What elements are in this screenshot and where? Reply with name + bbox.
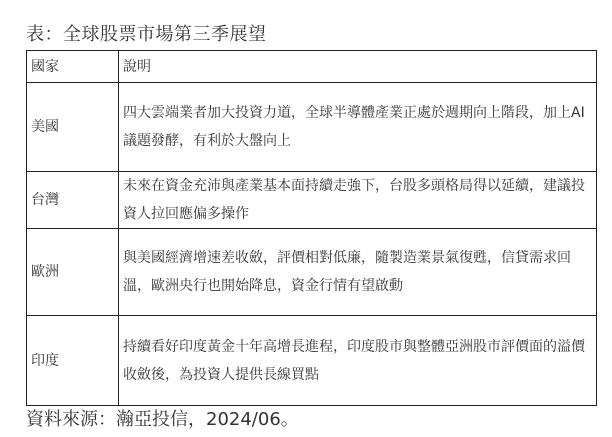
description-cell: 持續看好印度黃金十年高增長進程，印度股市與整體亞洲股市評價面的溢價收斂後，為投資…	[119, 316, 597, 406]
description-cell: 未來在資金充沛與產業基本面持續走強下，台股多頭格局得以延續，建議投資人拉回應偏多…	[119, 172, 597, 229]
source-note: 資料來源：瀚亞投信，2024/06。	[26, 405, 299, 431]
country-cell: 印度	[27, 316, 119, 406]
table-row: 台灣 未來在資金充沛與產業基本面持續走強下，台股多頭格局得以延續，建議投資人拉回…	[27, 172, 597, 229]
description-cell: 四大雲端業者加大投資力道，全球半導體產業正處於週期向上階段，加上AI議題發酵，有…	[119, 83, 597, 172]
header-description: 說明	[119, 51, 597, 83]
market-outlook-table: 國家 說明 美國 四大雲端業者加大投資力道，全球半導體產業正處於週期向上階段，加…	[26, 50, 597, 406]
table-header-row: 國家 說明	[27, 51, 597, 83]
header-country: 國家	[27, 51, 119, 83]
description-cell: 與美國經濟增速差收斂，評價相對低廉，隨製造業景氣復甦，信貸需求回溫，歐洲央行也開…	[119, 229, 597, 316]
country-cell: 美國	[27, 83, 119, 172]
country-cell: 歐洲	[27, 229, 119, 316]
table-row: 美國 四大雲端業者加大投資力道，全球半導體產業正處於週期向上階段，加上AI議題發…	[27, 83, 597, 172]
country-cell: 台灣	[27, 172, 119, 229]
table-row: 歐洲 與美國經濟增速差收斂，評價相對低廉，隨製造業景氣復甦，信貸需求回溫，歐洲央…	[27, 229, 597, 316]
table-row: 印度 持續看好印度黃金十年高增長進程，印度股市與整體亞洲股市評價面的溢價收斂後，…	[27, 316, 597, 406]
table-title: 表：全球股票市場第三季展望	[26, 20, 267, 46]
